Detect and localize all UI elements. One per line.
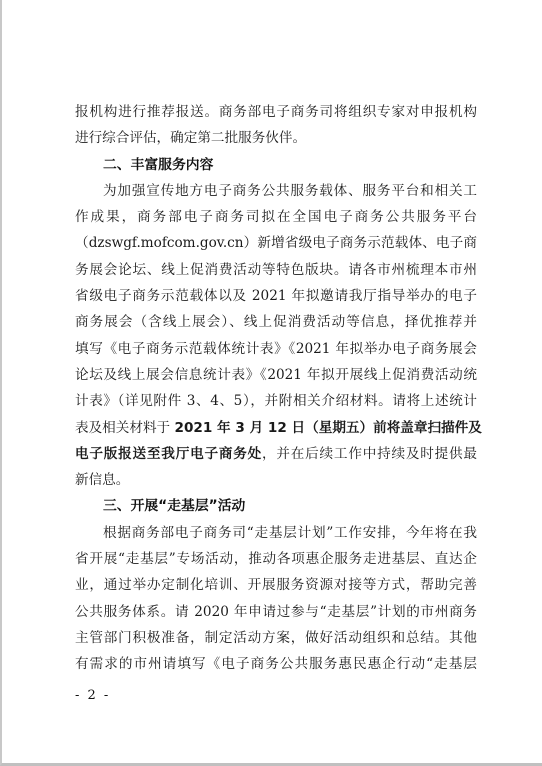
text-line: 新信息。 bbox=[75, 467, 477, 493]
text-line: 业，通过举办定制化培训、开展服务资源对接等方式，帮助完善 bbox=[75, 572, 477, 598]
text-line: 公共服务体系。请 2020 年申请过参与“走基层”计划的市州商务 bbox=[75, 599, 477, 625]
submission-line: 电子版报送至我厅电子商务处，并在后续工作中持续及时提供最 bbox=[75, 441, 477, 467]
text-line: 商务展会（含线上展会）、线上促消费活动等信息，择优推荐并 bbox=[75, 309, 477, 335]
section-heading-3: 三、开展“走基层”活动 bbox=[75, 493, 477, 519]
text-line: 有需求的市州请填写《电子商务公共服务惠民惠企行动“走基层 bbox=[75, 651, 477, 677]
text-line: 根据商务部电子商务司“走基层计划”工作安排，今年将在我 bbox=[75, 520, 477, 546]
deadline-prefix: 表及相关材料于 bbox=[75, 420, 174, 436]
text-line: 务展会论坛、线上促消费活动等特色版块。请各市州梳理本市州 bbox=[75, 257, 477, 283]
section-heading-2: 二、丰富服务内容 bbox=[75, 152, 477, 178]
text-line: 主管部门积极准备，制定活动方案，做好活动组织和总结。其他 bbox=[75, 625, 477, 651]
text-line: 计表》（详见附件 3、4、5），并附相关介绍材料。请将上述统计 bbox=[75, 388, 477, 414]
text-line: 填写《电子商务示范载体统计表》《2021 年拟举办电子商务展会 bbox=[75, 336, 477, 362]
page-number: - 2 - bbox=[75, 688, 110, 703]
text-line: 报机构进行推荐报送。商务部电子商务司将组织专家对申报机构 bbox=[75, 99, 477, 125]
text-line: （dzswgf.mofcom.gov.cn）新增省级电子商务示范载体、电子商 bbox=[75, 230, 477, 256]
text-line: 论坛及线上展会信息统计表》《2021 年拟开展线上促消费活动统 bbox=[75, 362, 477, 388]
document-page: 报机构进行推荐报送。商务部电子商务司将组织专家对申报机构 进行综合评估，确定第二… bbox=[0, 0, 542, 766]
deadline-line: 表及相关材料于 2021 年 3 月 12 日（星期五）前将盖章扫描件及 bbox=[75, 415, 477, 441]
text-line: 省级电子商务示范载体以及 2021 年拟邀请我厅指导举办的电子 bbox=[75, 283, 477, 309]
text-line: 为加强宣传地方电子商务公共服务载体、服务平台和相关工 bbox=[75, 178, 477, 204]
text-line: 省开展“走基层”专场活动，推动各项惠企服务走进基层、直达企 bbox=[75, 546, 477, 572]
submission-target: 电子版报送至我厅电子商务处 bbox=[75, 446, 262, 462]
submission-suffix: ，并在后续工作中持续及时提供最 bbox=[262, 446, 477, 462]
text-line: 作成果，商务部电子商务司拟在全国电子商务公共服务平台 bbox=[75, 204, 477, 230]
text-line: 进行综合评估，确定第二批服务伙伴。 bbox=[75, 125, 477, 151]
document-body: 报机构进行推荐报送。商务部电子商务司将组织专家对申报机构 进行综合评估，确定第二… bbox=[75, 99, 477, 678]
deadline-date: 2021 年 3 月 12 日（星期五）前将盖章扫描件及 bbox=[174, 420, 481, 436]
